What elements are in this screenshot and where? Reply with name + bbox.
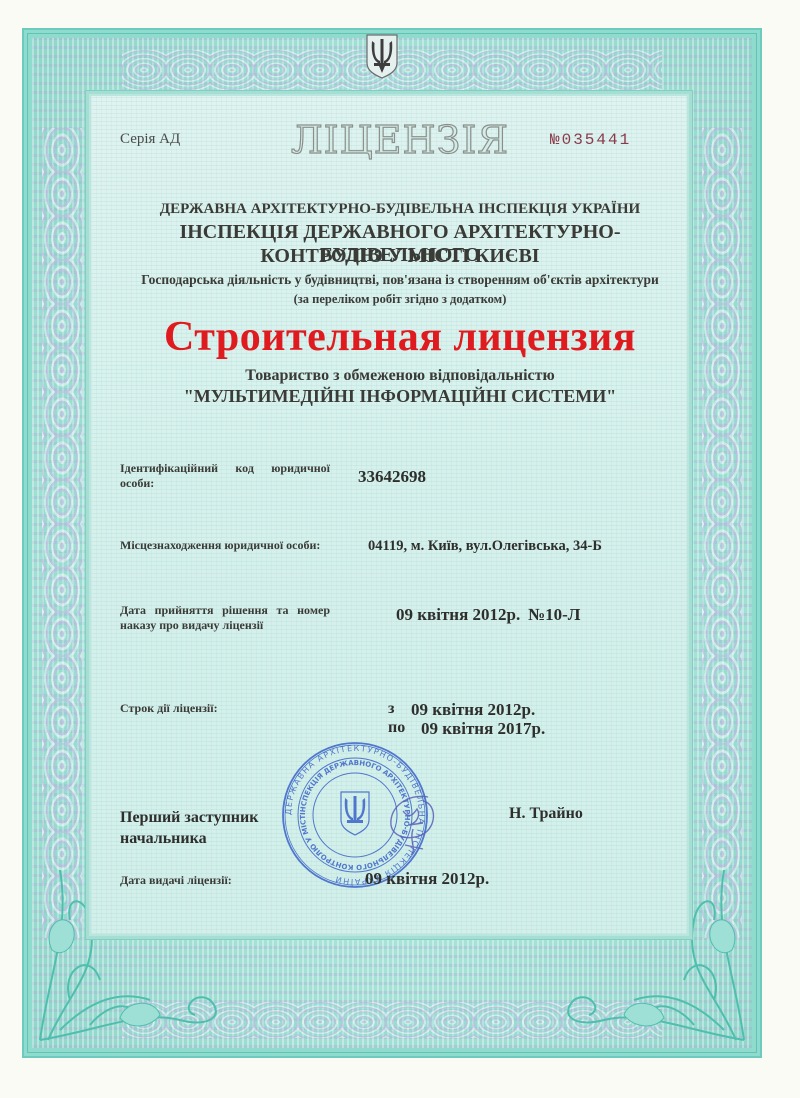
id-code-value: 33642698 [358,467,426,487]
decision-label: Дата прийняття рішення та номер наказу п… [120,603,330,633]
issue-date-label: Дата видачі ліцензії: [120,873,330,888]
term-to-date: 09 квітня 2017р. [421,719,545,739]
border-band-right [702,128,742,938]
serial-number: №035441 [550,131,631,149]
border-band-left [42,128,82,938]
activity-scope: (за переліком робіт згідно з додатком) [100,292,700,307]
issue-date-value: 09 квітня 2012р. [365,869,489,889]
signer-name: Н. Трайно [509,805,583,823]
series-label: Серія АД [120,131,180,148]
signer-title-line-1: Перший заступник [120,807,258,828]
term-from-date: 09 квітня 2012р. [411,700,535,720]
document-title: ЛІЦЕНЗІЯ [280,118,520,162]
location-value: 04119, м. Київ, вул.Олегівська, 34-Б [368,538,602,555]
signature-mark [383,789,453,859]
signer-title: Перший заступник начальника [120,807,258,849]
company-type: Товариство з обмеженою відповідальністю [100,367,700,385]
ukraine-trident-icon [365,33,399,79]
id-code-label: Ідентифікаційний код юридичної особи: [120,461,330,491]
term-label: Строк дії ліцензії: [120,701,330,716]
signer-title-line-2: начальника [120,828,258,849]
issuer-name-line-2: КОНТРОЛЮ У МІСТІ КИЄВІ [100,245,700,268]
activity-description: Господарська діяльність у будівництві, п… [100,272,700,288]
decision-number: №10-Л [528,605,580,625]
company-name: "МУЛЬТИМЕДІЙНІ ІНФОРМАЦІЙНІ СИСТЕМИ" [100,386,700,407]
location-label: Місцезнаходження юридичної особи: [120,538,330,553]
term-to-prefix: по [388,719,405,737]
authority-name: ДЕРЖАВНА АРХІТЕКТУРНО-БУДІВЕЛЬНА ІНСПЕКЦ… [100,201,700,218]
decision-date: 09 квітня 2012р. [396,605,520,625]
overlay-caption: Строительная лицензия [100,313,700,361]
term-from-prefix: з [388,700,394,718]
